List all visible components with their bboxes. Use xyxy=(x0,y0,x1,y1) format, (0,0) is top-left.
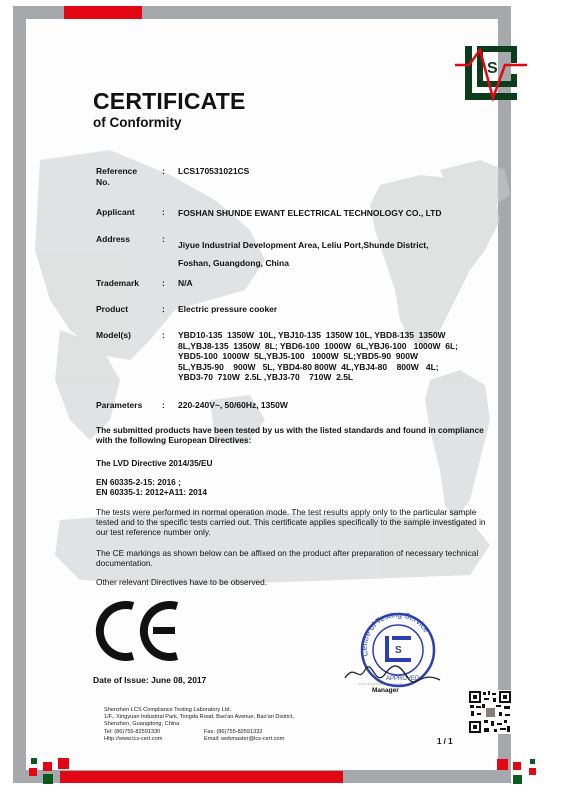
lab-name: Shenzhen LCS Compliance Testing Laborato… xyxy=(104,707,294,714)
qr-code-icon[interactable] xyxy=(468,690,512,734)
field-separator: : xyxy=(162,330,165,341)
field-label: Reference No. xyxy=(96,166,156,187)
certificate-subtitle: of Conformity xyxy=(93,115,182,130)
decor-square xyxy=(497,759,508,770)
field-value: YBD10-135 1350W 10L, YBJ10-135 1350W 10L… xyxy=(178,330,568,383)
note-tests: The tests were performed in normal opera… xyxy=(96,507,486,537)
note-other-directives: Other relevant Directives have to be obs… xyxy=(96,577,486,587)
approval-stamp: Centre of Testing Service APPROVED S xyxy=(340,608,445,698)
signatory-role: Manager xyxy=(372,687,399,694)
field-label: Model(s) xyxy=(96,330,156,341)
field-separator: : xyxy=(162,304,165,315)
standard-1: EN 60335-2-15: 2016 ; xyxy=(96,477,486,487)
decor-square xyxy=(529,768,536,775)
lab-contact-info: Shenzhen LCS Compliance Testing Laborato… xyxy=(104,707,294,743)
decor-square xyxy=(530,759,535,764)
field-label: Address xyxy=(96,234,156,245)
field-value: 220-240V~, 50/60Hz, 1350W xyxy=(178,400,498,411)
lab-address-line-2: Shenzhen, Guangdong, China xyxy=(104,721,294,728)
field-separator: : xyxy=(162,234,165,245)
lab-address-line-1: 1/F., Xingyuan Industrial Park, Tongda R… xyxy=(104,714,294,721)
compliance-statement: The submitted products have been tested … xyxy=(96,425,486,445)
svg-text:S: S xyxy=(487,60,498,77)
field-value: Electric pressure cooker xyxy=(178,304,498,315)
directive: The LVD Directive 2014/35/EU xyxy=(96,458,486,468)
decor-square xyxy=(43,774,53,784)
field-label: Applicant xyxy=(96,207,156,218)
lcs-logo-icon: S xyxy=(455,40,527,110)
field-separator: : xyxy=(162,278,165,289)
field-separator: : xyxy=(162,207,165,218)
date-of-issue: Date of Issue: June 08, 2017 xyxy=(93,675,206,685)
decor-square xyxy=(58,758,69,769)
field-value: LCS170531021CS xyxy=(178,166,498,177)
page-number: 1 / 1 xyxy=(437,737,453,746)
decor-square xyxy=(31,758,37,764)
field-value: N/A xyxy=(178,278,498,289)
lab-email-link[interactable]: Email: webmaster@lcs-cert.com xyxy=(204,736,284,743)
field-label: Trademark xyxy=(96,278,156,289)
decor-square xyxy=(29,768,37,776)
certificate-title: CERTIFICATE xyxy=(93,88,246,115)
decor-square xyxy=(43,762,52,771)
red-accent-top xyxy=(64,6,142,19)
lab-website-link[interactable]: Http://www.lcs-cert.com xyxy=(104,736,162,742)
field-separator: : xyxy=(162,166,165,177)
standard-2: EN 60335-1: 2012+A11: 2014 xyxy=(96,487,486,497)
decor-square xyxy=(513,775,522,784)
field-value: FOSHAN SHUNDE EWANT ELECTRICAL TECHNOLOG… xyxy=(178,208,558,219)
lab-fax: Fax: (86)755-82591332 xyxy=(204,729,262,736)
lab-telephone: Tel: (86)755-82591330 xyxy=(104,729,160,735)
red-accent-bottom xyxy=(60,771,343,783)
decor-square xyxy=(513,762,521,770)
field-value: Jiyue Industrial Development Area, Leliu… xyxy=(178,236,558,272)
field-separator: : xyxy=(162,400,165,411)
svg-text:S: S xyxy=(395,645,402,656)
note-ce-marking: The CE markings as shown below can be af… xyxy=(96,548,486,568)
field-label: Parameters xyxy=(96,400,156,411)
ce-mark-icon xyxy=(95,600,185,662)
field-label: Product xyxy=(96,304,156,315)
